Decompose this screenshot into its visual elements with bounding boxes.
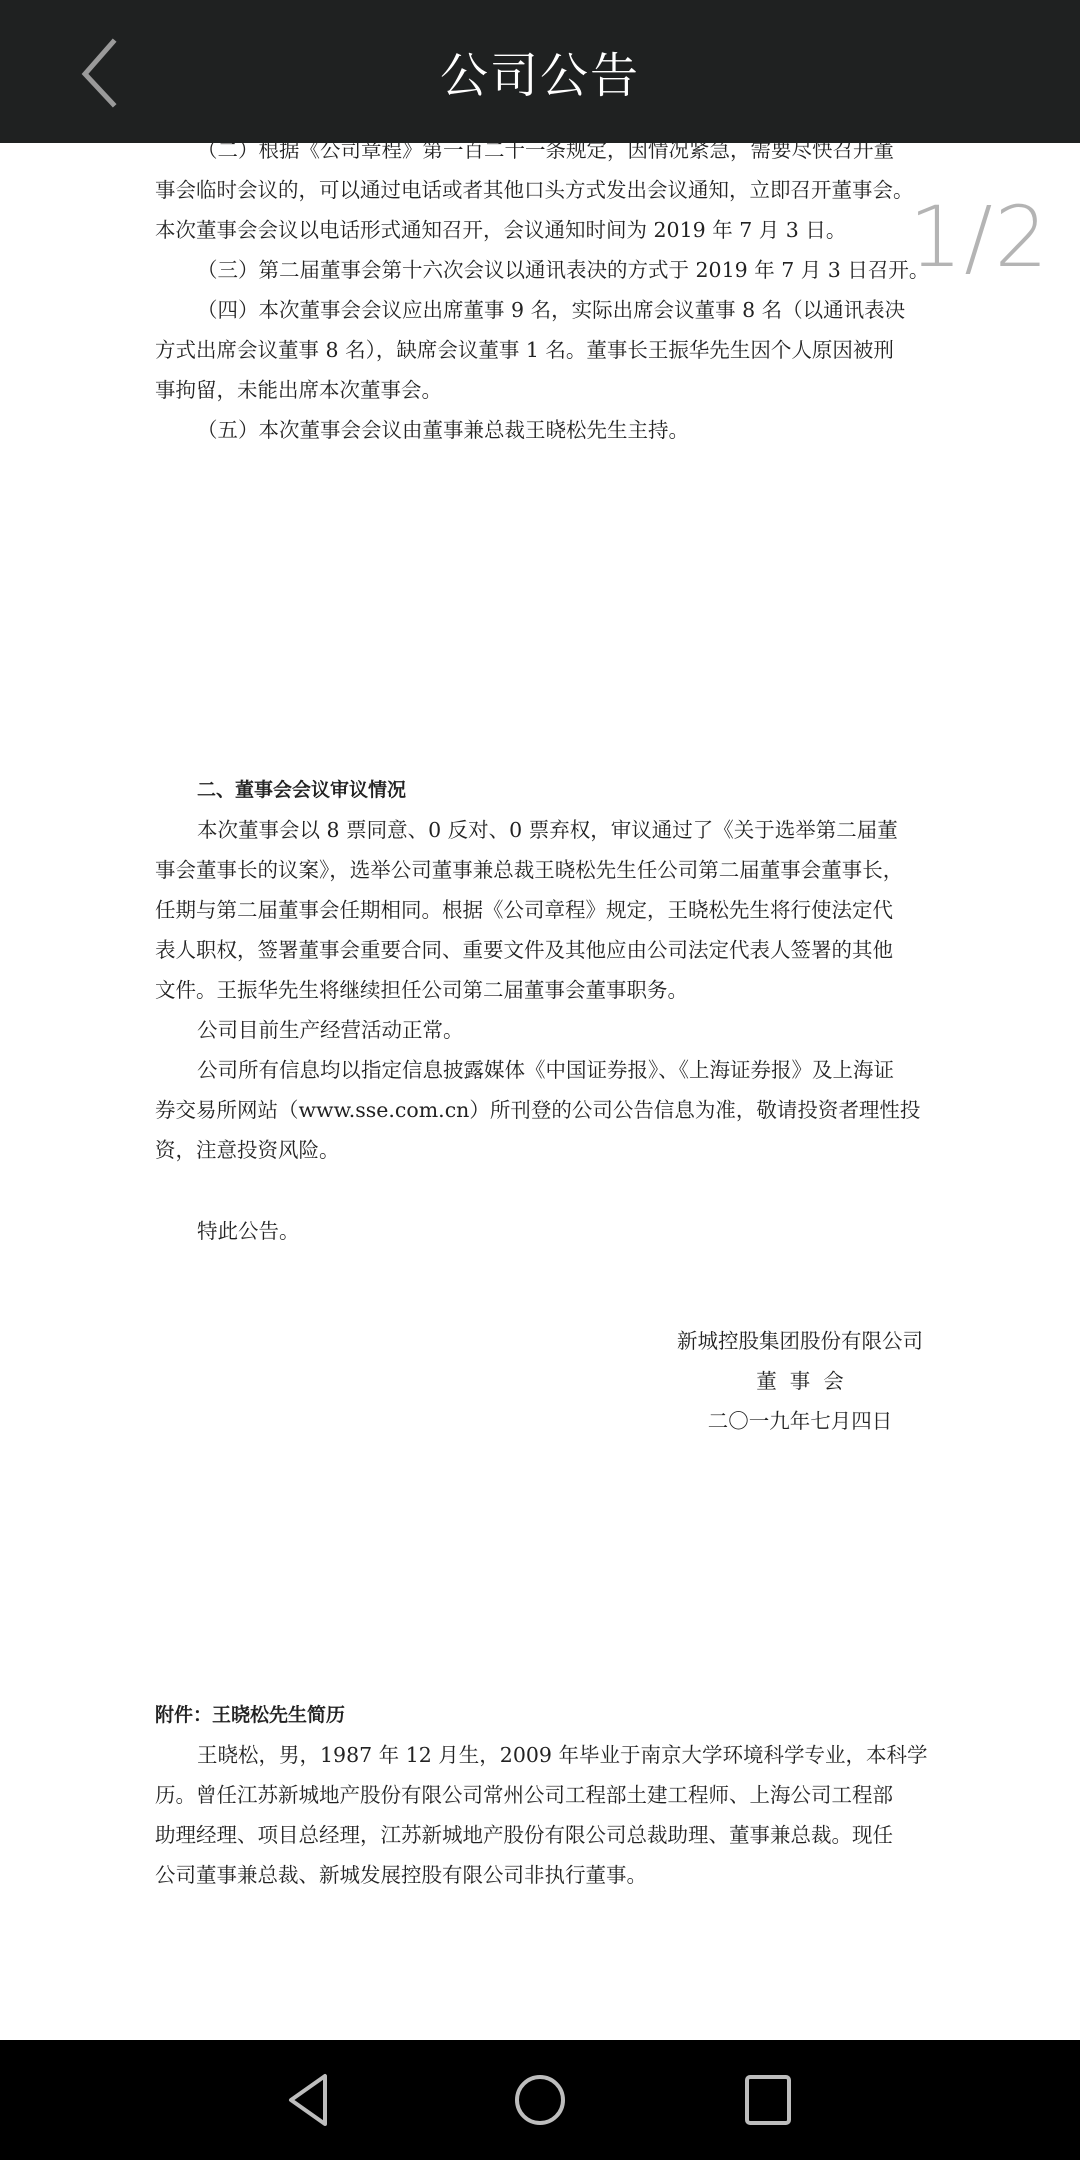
company-name: 新城控股集团股份有限公司 <box>670 1321 930 1361</box>
nav-home-icon <box>512 2072 568 2128</box>
doc-line: 本次董事会以 8 票同意、0 反对、0 票弃权，审议通过了《关于选举第二届董 <box>155 810 915 850</box>
nav-recents-button[interactable] <box>728 2070 808 2130</box>
page-indicator: 1/2 <box>909 188 1050 286</box>
doc-line: 公司目前生产经营活动正常。 <box>155 1010 915 1050</box>
doc-line: 文件。王振华先生将继续担任公司第二届董事会董事职务。 <box>155 970 915 1010</box>
doc-line: 公司所有信息均以指定信息披露媒体《中国证券报》、《上海证券报》及上海证 <box>155 1050 915 1090</box>
doc-line: 事拘留，未能出席本次董事会。 <box>155 370 915 410</box>
signature-block: 新城控股集团股份有限公司 董 事 会 二〇一九年七月四日 <box>670 1321 930 1441</box>
app-header: 公司公告 <box>0 0 1080 143</box>
nav-recents-icon <box>743 2072 793 2128</box>
doc-line: 历。曾任江苏新城地产股份有限公司常州公司工程部土建工程师、上海公司工程部 <box>155 1775 915 1815</box>
system-nav-bar <box>0 2040 1080 2160</box>
appendix-heading: 附件：王晓松先生简历 <box>155 1695 915 1735</box>
nav-home-button[interactable] <box>500 2070 580 2130</box>
nav-back-button[interactable] <box>270 2070 350 2130</box>
doc-line: 资，注意投资风险。 <box>155 1130 915 1170</box>
board-name: 董 事 会 <box>670 1361 930 1401</box>
doc-line: 王晓松，男，1987 年 12 月生，2009 年毕业于南京大学环境科学专业，本… <box>155 1735 915 1775</box>
announcement-viewer: 公司公告 （二）根据《公司章程》第一百二十一条规定，因情况紧急，需要尽快召开董 … <box>0 0 1080 2160</box>
doc-line: 本次董事会会议以电话形式通知召开，会议通知时间为 2019 年 7 月 3 日。 <box>155 210 915 250</box>
doc-line: 公司董事兼总裁、新城发展控股有限公司非执行董事。 <box>155 1855 915 1895</box>
section-heading: 二、董事会会议审议情况 <box>155 770 915 810</box>
doc-line: 券交易所网站（www.sse.com.cn）所刊登的公司公告信息为准，敬请投资者… <box>155 1090 915 1130</box>
doc-line: （四）本次董事会会议应出席董事 9 名，实际出席会议董事 8 名（以通讯表决 <box>155 290 915 330</box>
appendix-section: 附件：王晓松先生简历 王晓松，男，1987 年 12 月生，2009 年毕业于南… <box>155 1695 915 1895</box>
closing-text: 特此公告。 <box>155 1211 915 1251</box>
review-section: 二、董事会会议审议情况 本次董事会以 8 票同意、0 反对、0 票弃权，审议通过… <box>155 770 915 1170</box>
doc-line: 助理经理、项目总经理，江苏新城地产股份有限公司总裁助理、董事兼总裁。现任 <box>155 1815 915 1855</box>
doc-line: （二）根据《公司章程》第一百二十一条规定，因情况紧急，需要尽快召开董 <box>155 143 915 170</box>
page-title: 公司公告 <box>0 0 1080 143</box>
signature-date: 二〇一九年七月四日 <box>670 1401 930 1441</box>
meeting-details-section: （二）根据《公司章程》第一百二十一条规定，因情况紧急，需要尽快召开董 事会临时会… <box>155 143 915 450</box>
doc-line: 事会董事长的议案》，选举公司董事兼总裁王晓松先生任公司第二届董事会董事长， <box>155 850 915 890</box>
doc-line: 任期与第二届董事会任期相同。根据《公司章程》规定，王晓松先生将行使法定代 <box>155 890 915 930</box>
nav-back-icon <box>285 2072 335 2128</box>
doc-line: 事会临时会议的，可以通过电话或者其他口头方式发出会议通知，立即召开董事会。 <box>155 170 915 210</box>
doc-line: 方式出席会议董事 8 名），缺席会议董事 1 名。董事长王振华先生因个人原因被刑 <box>155 330 915 370</box>
doc-line: （五）本次董事会会议由董事兼总裁王晓松先生主持。 <box>155 410 915 450</box>
document-viewer[interactable]: （二）根据《公司章程》第一百二十一条规定，因情况紧急，需要尽快召开董 事会临时会… <box>0 143 1080 2040</box>
closing-section: 特此公告。 <box>155 1211 915 1251</box>
doc-line: 表人职权，签署董事会重要合同、重要文件及其他应由公司法定代表人签署的其他 <box>155 930 915 970</box>
doc-line: （三）第二届董事会第十六次会议以通讯表决的方式于 2019 年 7 月 3 日召… <box>155 250 915 290</box>
